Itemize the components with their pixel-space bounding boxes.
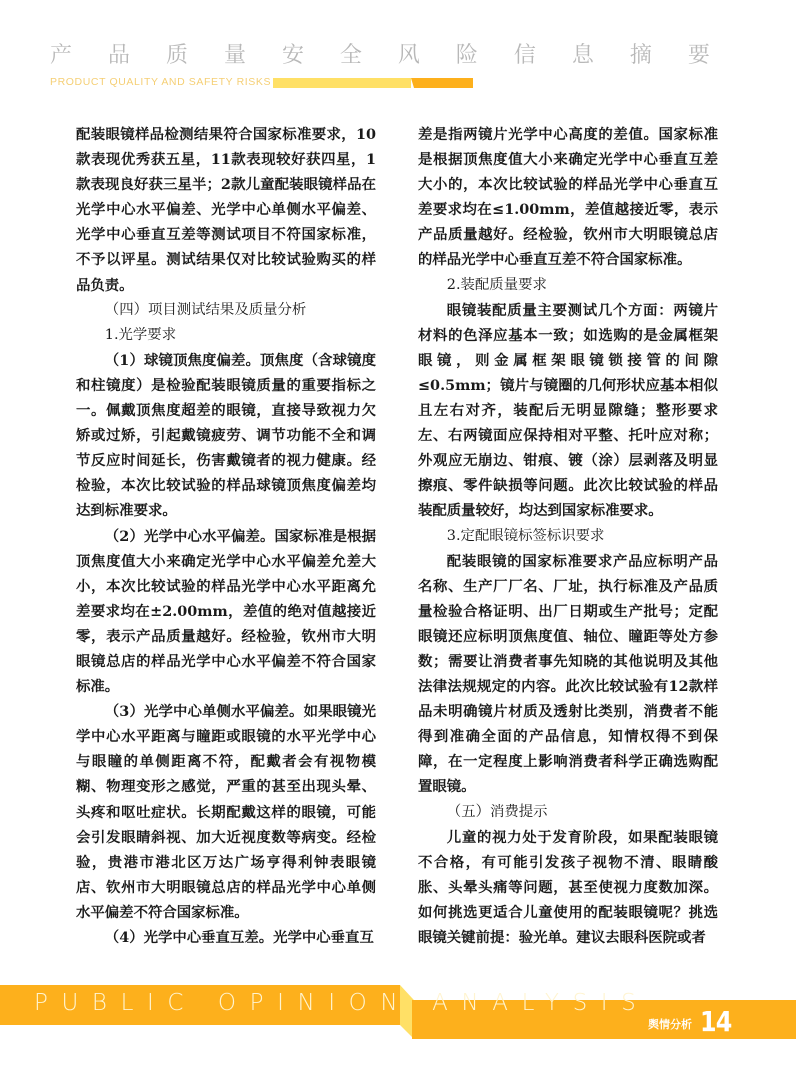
header-title-char: 品	[108, 38, 130, 69]
paragraph: 儿童的视力处于发育阶段，如果配装眼镜不合格，有可能引发孩子视物不清、眼睛酸胀、头…	[418, 825, 718, 950]
footer-section-label: 舆情分析	[648, 1016, 692, 1032]
header-bar-yellow	[273, 78, 411, 88]
paragraph: （1）球镜顶焦度偏差。顶焦度（含球镜度和柱镜度）是检验配装眼镜质量的重要指标之一…	[76, 348, 376, 524]
section-heading: （四）项目测试结果及质量分析	[76, 298, 376, 323]
header-title-char: 安	[282, 38, 304, 69]
header-title-char: 险	[456, 38, 478, 69]
right-column: 差是指两镜片光学中心高度的差值。国家标准是根据顶焦度值大小来确定光学中心垂直互差…	[418, 122, 718, 950]
header-decor-bar	[273, 78, 473, 88]
header-bar-orange	[411, 78, 473, 88]
header-title-char: 全	[340, 38, 362, 69]
paragraph: 差是指两镜片光学中心高度的差值。国家标准是根据顶焦度值大小来确定光学中心垂直互差…	[418, 122, 718, 273]
subsection-heading: 2.装配质量要求	[418, 273, 718, 298]
page-number: 14	[700, 1005, 731, 1038]
header-title-char: 量	[224, 38, 246, 69]
header-title-char: 产	[50, 38, 72, 69]
header-title: 产品质量安全风险信息摘要	[50, 38, 710, 69]
subsection-heading: 3.定配眼镜标签标识要求	[418, 524, 718, 549]
paragraph: （2）光学中心水平偏差。国家标准是根据顶焦度值大小来确定光学中心水平偏差允差大小…	[76, 524, 376, 700]
header-title-char: 信	[514, 38, 536, 69]
header-title-char: 摘	[630, 38, 652, 69]
subsection-heading: 1.光学要求	[76, 323, 376, 348]
paragraph: 配装眼镜的国家标准要求产品应标明产品名称、生产厂厂名、厂址，执行标准及产品质量检…	[418, 549, 718, 800]
header-title-char: 息	[572, 38, 594, 69]
paragraph: （3）光学中心单侧水平偏差。如果眼镜光学中心水平距离与瞳距或眼镜的水平光学中心与…	[76, 699, 376, 925]
section-heading: （五）消费提示	[418, 800, 718, 825]
paragraph: 眼镜装配质量主要测试几个方面：两镜片材料的色泽应基本一致；如选购的是金属框架眼镜…	[418, 298, 718, 524]
paragraph: 配装眼镜样品检测结果符合国家标准要求，10款表现优秀获五星，11款表现较好获四星…	[76, 122, 376, 298]
paragraph: （4）光学中心垂直互差。光学中心垂直互	[76, 925, 376, 950]
header-title-char: 质	[166, 38, 188, 69]
left-column: 配装眼镜样品检测结果符合国家标准要求，10款表现优秀获五星，11款表现较好获四星…	[76, 122, 376, 950]
footer-banner-text: PUBLIC OPINION ANALYSIS	[34, 990, 649, 1016]
header-title-char: 风	[398, 38, 420, 69]
header-title-char: 要	[688, 38, 710, 69]
